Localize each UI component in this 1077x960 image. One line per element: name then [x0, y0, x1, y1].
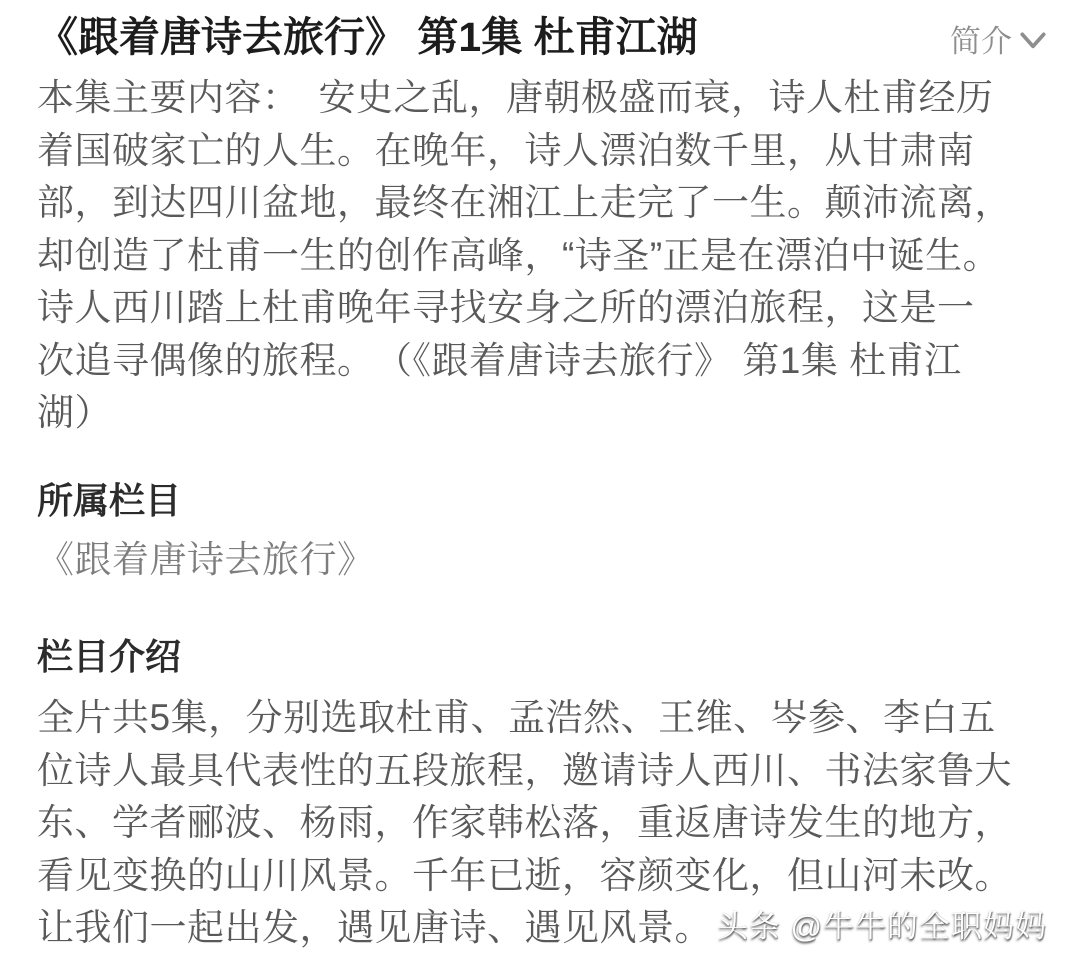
- text-line: 湖）: [37, 387, 1049, 440]
- text-line: 诗人西川踏上杜甫晚年寻找安身之所的漂泊旅程，这是一: [37, 282, 1049, 335]
- watermark: 头条 @牛牛的全职妈妈: [717, 901, 1047, 946]
- header: 《跟着唐诗去旅行》 第1集 杜甫江湖 简介: [37, 0, 1049, 62]
- text-line: 却创造了杜甫一生的创作高峰，“诗圣”正是在漂泊中诞生。: [37, 230, 1049, 283]
- page-title: 《跟着唐诗去旅行》 第1集 杜甫江湖: [37, 12, 698, 62]
- section-heading-series-intro: 栏目介绍: [37, 634, 1049, 680]
- synopsis-toggle-button[interactable]: 简介: [950, 16, 1049, 61]
- text-line: 全片共5集，分别选取杜甫、孟浩然、王维、岑参、李白五: [37, 692, 1049, 745]
- synopsis-toggle-label: 简介: [950, 16, 1012, 61]
- text-line: 部，到达四川盆地，最终在湘江上走完了一生。颠沛流离，: [37, 177, 1049, 230]
- text-line: 着国破家亡的人生。在晚年，诗人漂泊数千里，从甘肃南: [37, 125, 1049, 178]
- text-line: 本集主要内容： 安史之乱，唐朝极盛而衰，诗人杜甫经历: [37, 72, 1049, 125]
- series-title-text: 《跟着唐诗去旅行》: [37, 534, 1049, 587]
- text-line: 看见变换的山川风景。千年已逝，容颜变化，但山河未改。: [37, 850, 1049, 903]
- text-line: 《跟着唐诗去旅行》: [37, 534, 1049, 587]
- section-heading-category: 所属栏目: [37, 478, 1049, 524]
- text-line: 次追寻偶像的旅程。 （《跟着唐诗去旅行》 第1集 杜甫江: [37, 335, 1049, 388]
- episode-info-page: 《跟着唐诗去旅行》 第1集 杜甫江湖 简介 本集主要内容： 安史之乱，唐朝极盛而…: [0, 0, 1077, 960]
- text-line: 位诗人最具代表性的五段旅程，邀请诗人西川、书法家鲁大: [37, 745, 1049, 798]
- text-line: 东、学者郦波、杨雨，作家韩松落，重返唐诗发生的地方，: [37, 797, 1049, 850]
- episode-synopsis: 本集主要内容： 安史之乱，唐朝极盛而衰，诗人杜甫经历着国破家亡的人生。在晚年，诗…: [37, 72, 1049, 440]
- chevron-down-icon: [1017, 24, 1049, 54]
- watermark-text: 头条 @牛牛的全职妈妈: [717, 909, 1047, 944]
